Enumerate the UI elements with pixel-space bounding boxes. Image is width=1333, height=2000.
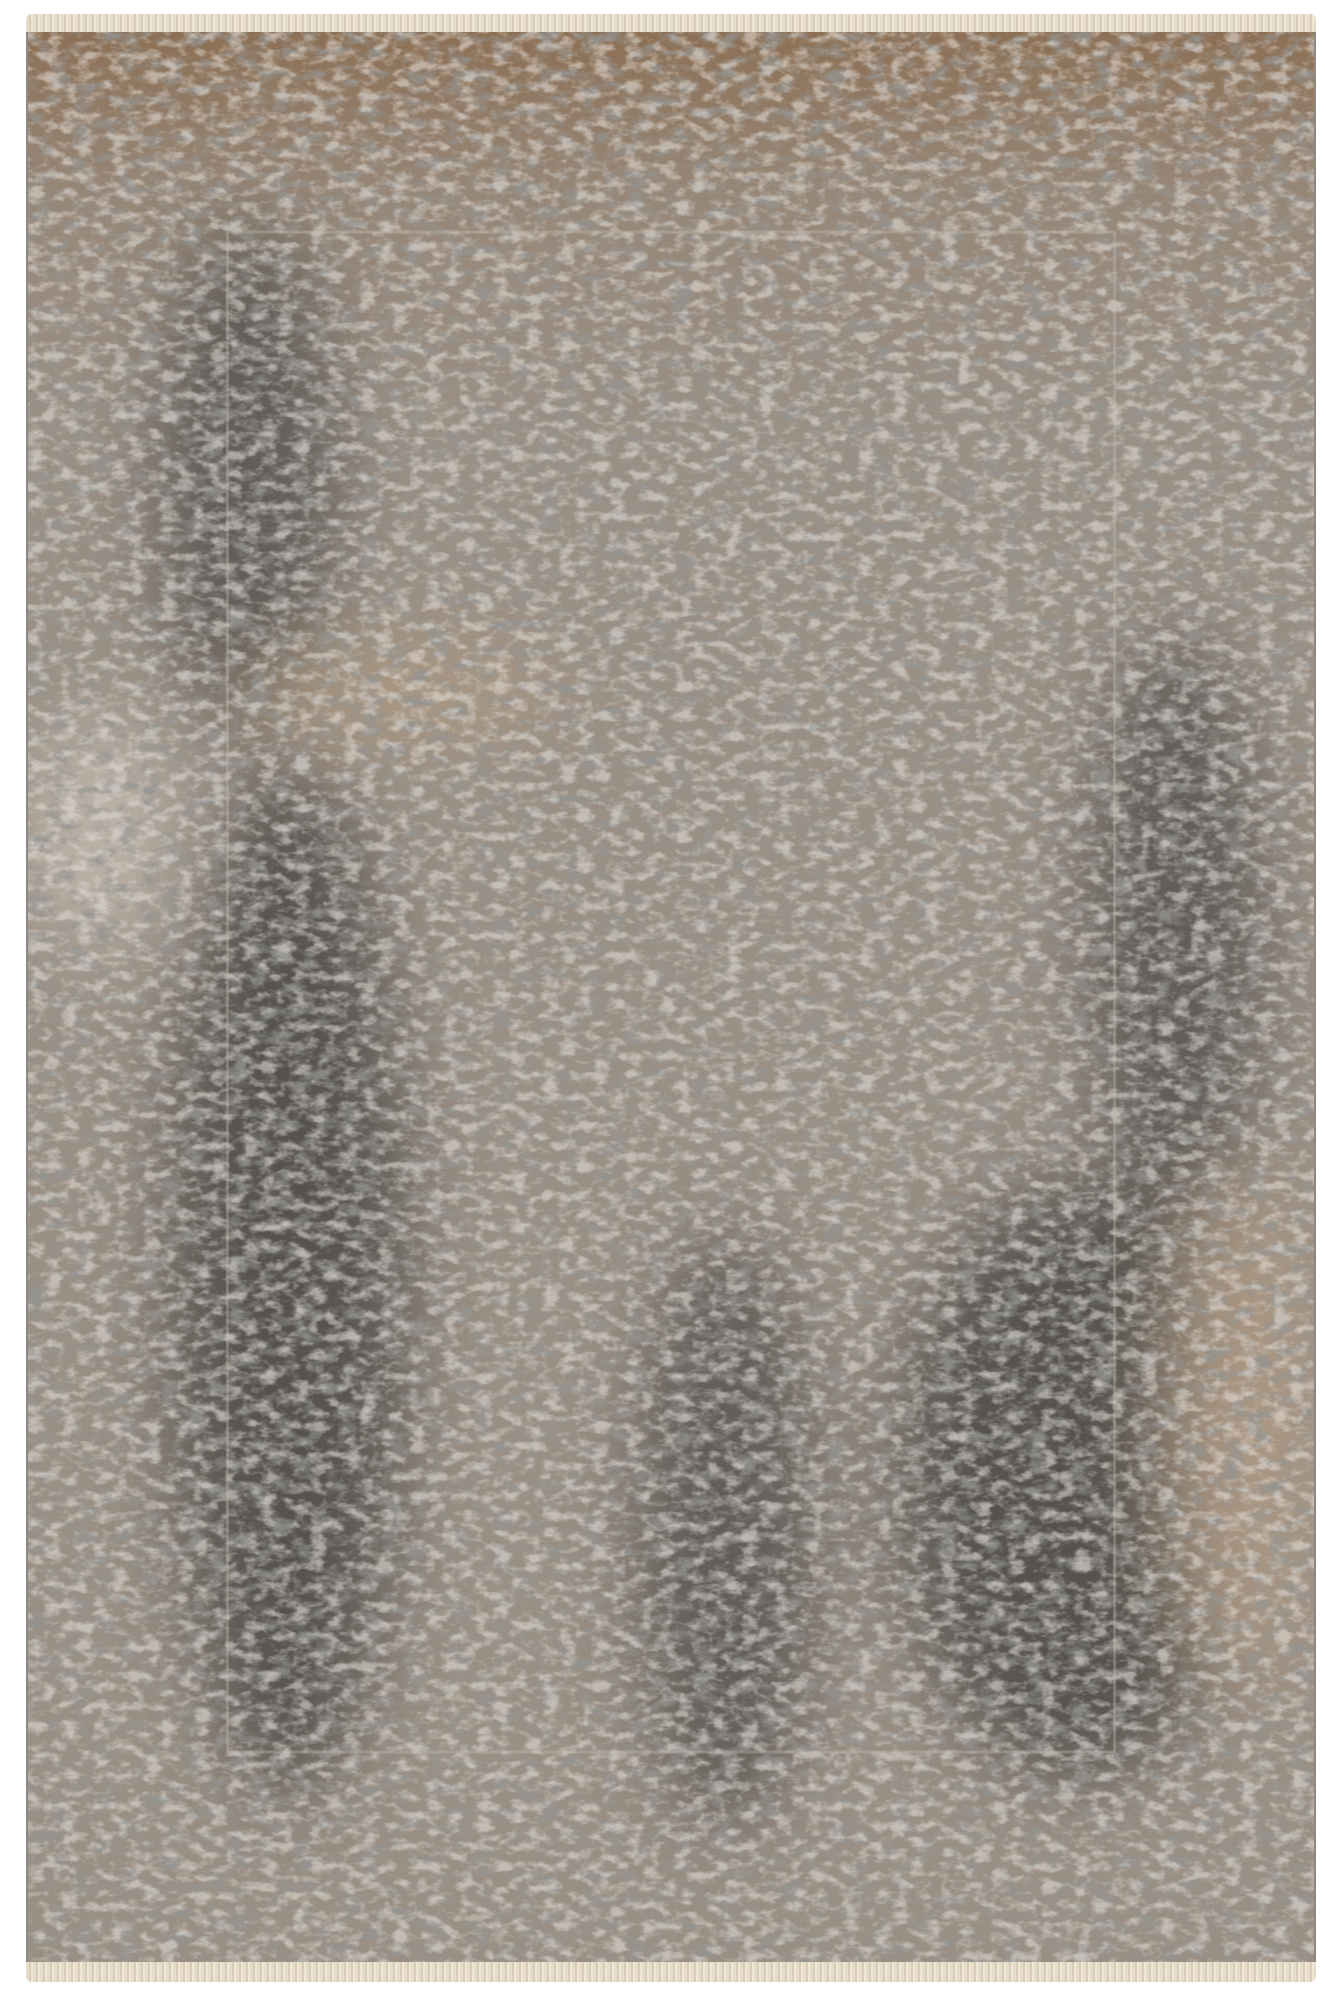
bottom-fringe — [26, 1962, 1316, 1982]
top-fringe — [26, 14, 1316, 34]
rug-texture — [28, 32, 1314, 1964]
rug — [26, 32, 1316, 1964]
